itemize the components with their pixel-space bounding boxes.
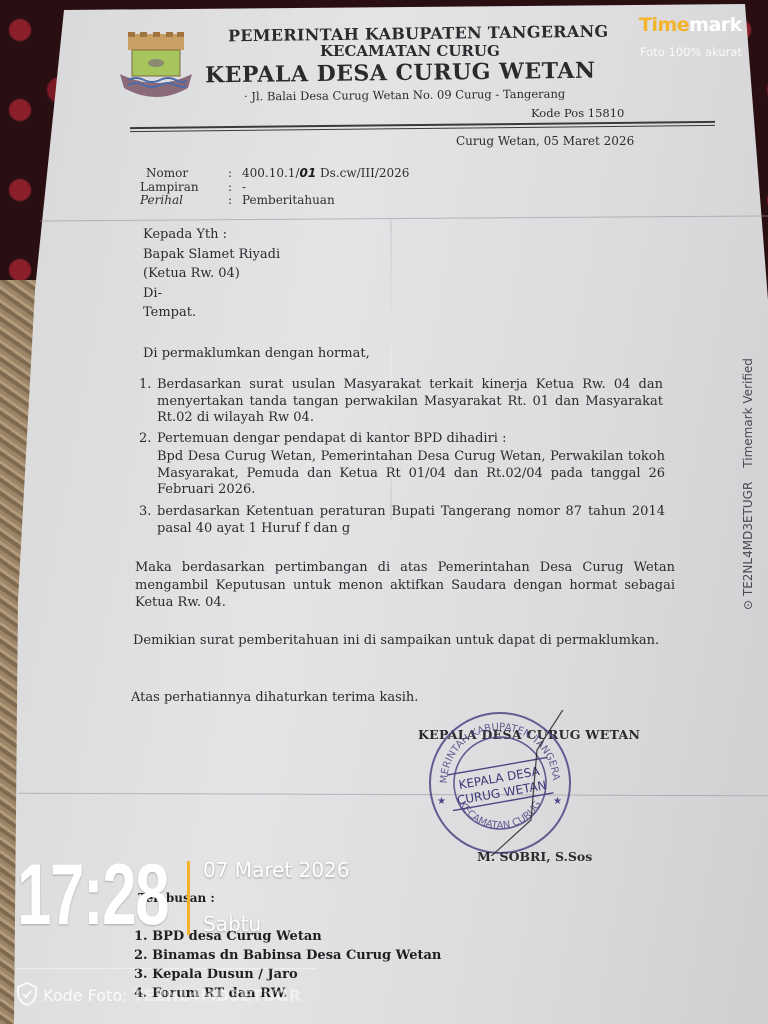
verified-code: TE2NL4MD3ETUGR: [741, 482, 755, 596]
recipient-line: Kepada Yth :: [143, 225, 280, 245]
meta-perihal: Perihal:Pemberitahuan: [140, 193, 335, 207]
cc-item: 3. Kepala Dusun / Jaro: [134, 967, 298, 982]
point-text: Berdasarkan surat usulan Masyarakat terk…: [157, 377, 663, 425]
recipient-line: Tempat.: [143, 303, 280, 323]
point-2-detail: Bpd Desa Curug Wetan, Pemerintahan Desa …: [157, 449, 665, 499]
meta-colon: :: [228, 166, 242, 180]
timemark-logo: Timemark: [639, 14, 742, 36]
recipient-name: Bapak Slamet Riyadi: [143, 245, 280, 265]
meta-nomor: Nomor:400.10.1/01 Ds.cw/III/2026: [146, 166, 409, 180]
svg-text:★: ★: [553, 796, 562, 807]
svg-text:★: ★: [437, 796, 446, 807]
signatory-name: M. SOBRI, S.Sos: [477, 849, 592, 864]
meta-value: -: [242, 180, 246, 194]
meta-colon: :: [228, 193, 242, 207]
photo-code: Kode Foto: TE2NL4MD3ETUGR: [16, 982, 301, 1006]
recipient-line: Di-: [143, 284, 280, 304]
timestamp-divider: [187, 861, 190, 935]
timemark-verified-watermark: ⊙ TE2NL4MD3ETUGRTimemark Verified: [741, 358, 755, 610]
point-1: 1. Berdasarkan surat usulan Masyarakat t…: [157, 377, 663, 427]
regency-coat-of-arms-icon: [116, 32, 196, 106]
meta-label: Lampiran: [140, 180, 228, 194]
letterhead-office: KEPALA DESA CURUG WETAN: [205, 58, 596, 89]
point-text: berdasarkan Ketentuan peraturan Bupati T…: [157, 504, 665, 536]
point-number: 3.: [139, 504, 151, 521]
thanks-line: Atas perhatiannya dihaturkan terima kasi…: [131, 690, 418, 706]
letter-number-handwritten: 01: [299, 166, 316, 180]
point-3: 3. berdasarkan Ketentuan peraturan Bupat…: [157, 504, 665, 537]
letterhead-district: KECAMATAN CURUG: [320, 42, 500, 60]
timemark-logo-time: Time: [639, 14, 689, 36]
verified-shield-icon: ⊙: [741, 600, 755, 610]
meta-label: Nomor: [146, 166, 228, 180]
timemark-logo-mark: mark: [689, 14, 742, 36]
timestamp-date: 07 Maret 2026: [203, 858, 350, 882]
letter-number-prefix: 400.10.1/: [242, 166, 299, 180]
point-text: Pertemuan dengar pendapat di kantor BPD …: [157, 431, 506, 446]
place-date: Curug Wetan, 05 Maret 2026: [456, 134, 634, 148]
opening-salutation: Di permaklumkan dengan hormat,: [143, 346, 370, 362]
letter-number-suffix: Ds.cw/III/2026: [316, 166, 409, 180]
photo-code-label: Kode Foto:: [43, 986, 127, 1005]
meta-value: Pemberitahuan: [242, 193, 335, 207]
point-number: 2.: [139, 431, 151, 448]
recipient-block: Kepada Yth : Bapak Slamet Riyadi (Ketua …: [143, 225, 280, 323]
cc-item: 2. Binamas dn Babinsa Desa Curug Wetan: [134, 948, 441, 963]
point-number: 1.: [139, 377, 151, 394]
timemark-tagline: Foto 100% akurat: [640, 45, 742, 59]
photo-code-value: TE2NL4MD3ETUGR: [133, 986, 301, 1005]
letterhead-postal-code: Kode Pos 15810: [531, 106, 624, 120]
meta-label: Perihal: [140, 193, 228, 207]
point-2: 2. Pertemuan dengar pendapat di kantor B…: [157, 431, 663, 448]
official-stamp-icon: PEMERINTAH KABUPATEN TANGERANG KECAMATAN…: [427, 710, 573, 856]
closing-paragraph: Demikian surat pemberitahuan ini di samp…: [133, 631, 675, 651]
letterhead-address: · Jl. Balai Desa Curug Wetan No. 09 Curu…: [244, 87, 565, 104]
shield-check-icon: [16, 982, 38, 1006]
meta-lampiran: Lampiran:-: [140, 180, 246, 194]
decision-paragraph: Maka berdasarkan pertimbangan di atas Pe…: [135, 559, 675, 612]
verified-label: Timemark Verified: [741, 358, 755, 468]
timestamp-time: 17:28: [17, 852, 168, 938]
timestamp-rule: [16, 968, 316, 969]
recipient-role: (Ketua Rw. 04): [143, 264, 280, 284]
timestamp-day: Sabtu: [203, 912, 261, 936]
meta-colon: :: [228, 180, 242, 194]
